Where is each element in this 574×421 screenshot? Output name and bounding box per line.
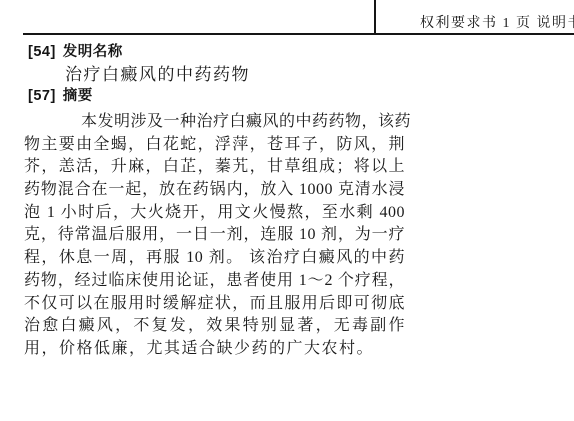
header-vertical-divider (374, 0, 376, 34)
abstract-line: 药物混合在一起，放在药锅内，放入 1000 克清水浸 (24, 179, 405, 202)
header-horizontal-rule (23, 33, 574, 35)
abstract-line: 用，价格低廉，尤其适合缺少药的广大农村。 (24, 338, 405, 361)
field-57-label: 摘要 (63, 88, 93, 104)
abstract-line: 不仅可以在服用时缓解症状，而且服用后即可彻底 (24, 293, 405, 316)
page-count-info: 权利要求书 1 页 说明书 4 页 (420, 12, 574, 32)
field-54-code: [54] (28, 44, 56, 60)
patent-abstract-page: 权利要求书 1 页 说明书 4 页 [54]发明名称 治疗白癜风的中药药物 [5… (0, 0, 574, 421)
document-body: [54]发明名称 治疗白癜风的中药药物 [57]摘要 本发明涉及一种治疗白癜风的… (24, 42, 405, 361)
invention-title: 治疗白癜风的中药药物 (24, 63, 405, 86)
field-54-row: [54]发明名称 (28, 42, 405, 63)
abstract-line: 治愈白癜风，不复发，效果特别显著，无毒副作 (24, 315, 405, 338)
abstract-line: 物主要由全蝎，白花蛇，浮萍，苍耳子，防风，荆 (24, 134, 405, 157)
abstract-line: 芥，恙活，升麻，白芷，蓁艽，甘草组成；将以上 (24, 156, 405, 179)
abstract-line: 泡 1 小时后，大火烧开，用文火慢熬，至水剩 400 (24, 202, 405, 225)
abstract-paragraph: 本发明涉及一种治疗白癜风的中药药物，该药 物主要由全蝎，白花蛇，浮萍，苍耳子，防… (24, 111, 405, 361)
abstract-line: 克，待常温后服用，一日一剂，连服 10 剂，为一疗 (24, 224, 405, 247)
field-57-row: [57]摘要 (28, 86, 405, 107)
field-54-label: 发明名称 (63, 44, 123, 60)
abstract-line: 药物，经过临床使用论证，患者使用 1～2 个疗程， (24, 270, 405, 293)
field-57-code: [57] (28, 88, 56, 104)
abstract-line: 本发明涉及一种治疗白癜风的中药药物，该药 (24, 111, 405, 134)
abstract-line: 程，休息一周，再服 10 剂。 该治疗白癜风的中药 (24, 247, 405, 270)
